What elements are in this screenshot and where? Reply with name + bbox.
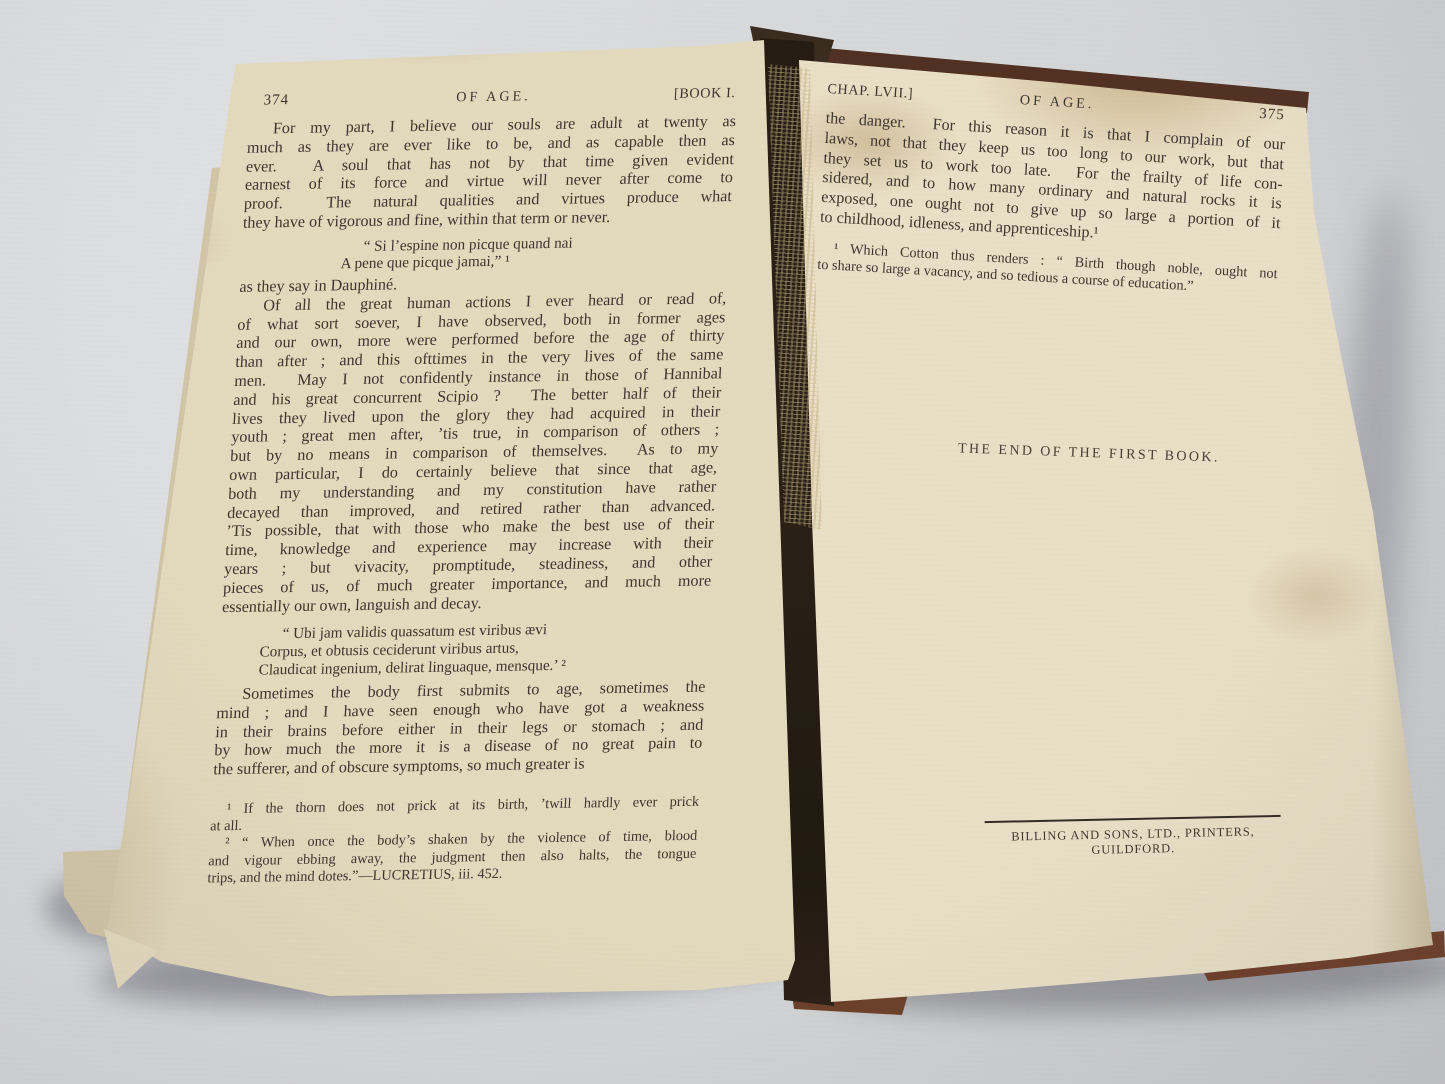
- right-page-text: CHAP. LVII.] OF AGE. 375 the danger. For…: [817, 80, 1287, 300]
- book-photo: 374 OF AGE. [BOOK I. For my part, I beli…: [0, 0, 1445, 1084]
- paragraph: Sometimes the body first submits to age,…: [213, 679, 706, 781]
- imprint-text: BILLING AND SONS, LTD., PRINTERS, GUILDF…: [982, 824, 1285, 860]
- verse-quote-latin: “ Ubi jam validis quassatum est viribus …: [218, 619, 709, 679]
- printer-imprint: BILLING AND SONS, LTD., PRINTERS, GUILDF…: [982, 815, 1285, 860]
- verse-quote-french: “ Si l’espine non picque quand naiA pene…: [240, 232, 730, 275]
- paragraph: the danger. For this reason it is that I…: [819, 109, 1285, 254]
- paragraph: For my part, I believe our souls are adu…: [242, 113, 736, 234]
- right-running-title: OF AGE.: [1019, 91, 1095, 115]
- right-page-number: 375: [1259, 105, 1286, 126]
- left-running-title: OF AGE.: [456, 87, 532, 107]
- chapter-label: CHAP. LVII.]: [827, 80, 914, 105]
- left-page-number: 374: [263, 91, 290, 110]
- left-section-label: [BOOK I.: [673, 84, 736, 104]
- footnote: ² “ When once the body’s shaken by the v…: [207, 828, 698, 887]
- paragraph: Of all the great human actions I ever he…: [222, 290, 727, 618]
- left-page-text: 374 OF AGE. [BOOK I. For my part, I beli…: [207, 84, 738, 888]
